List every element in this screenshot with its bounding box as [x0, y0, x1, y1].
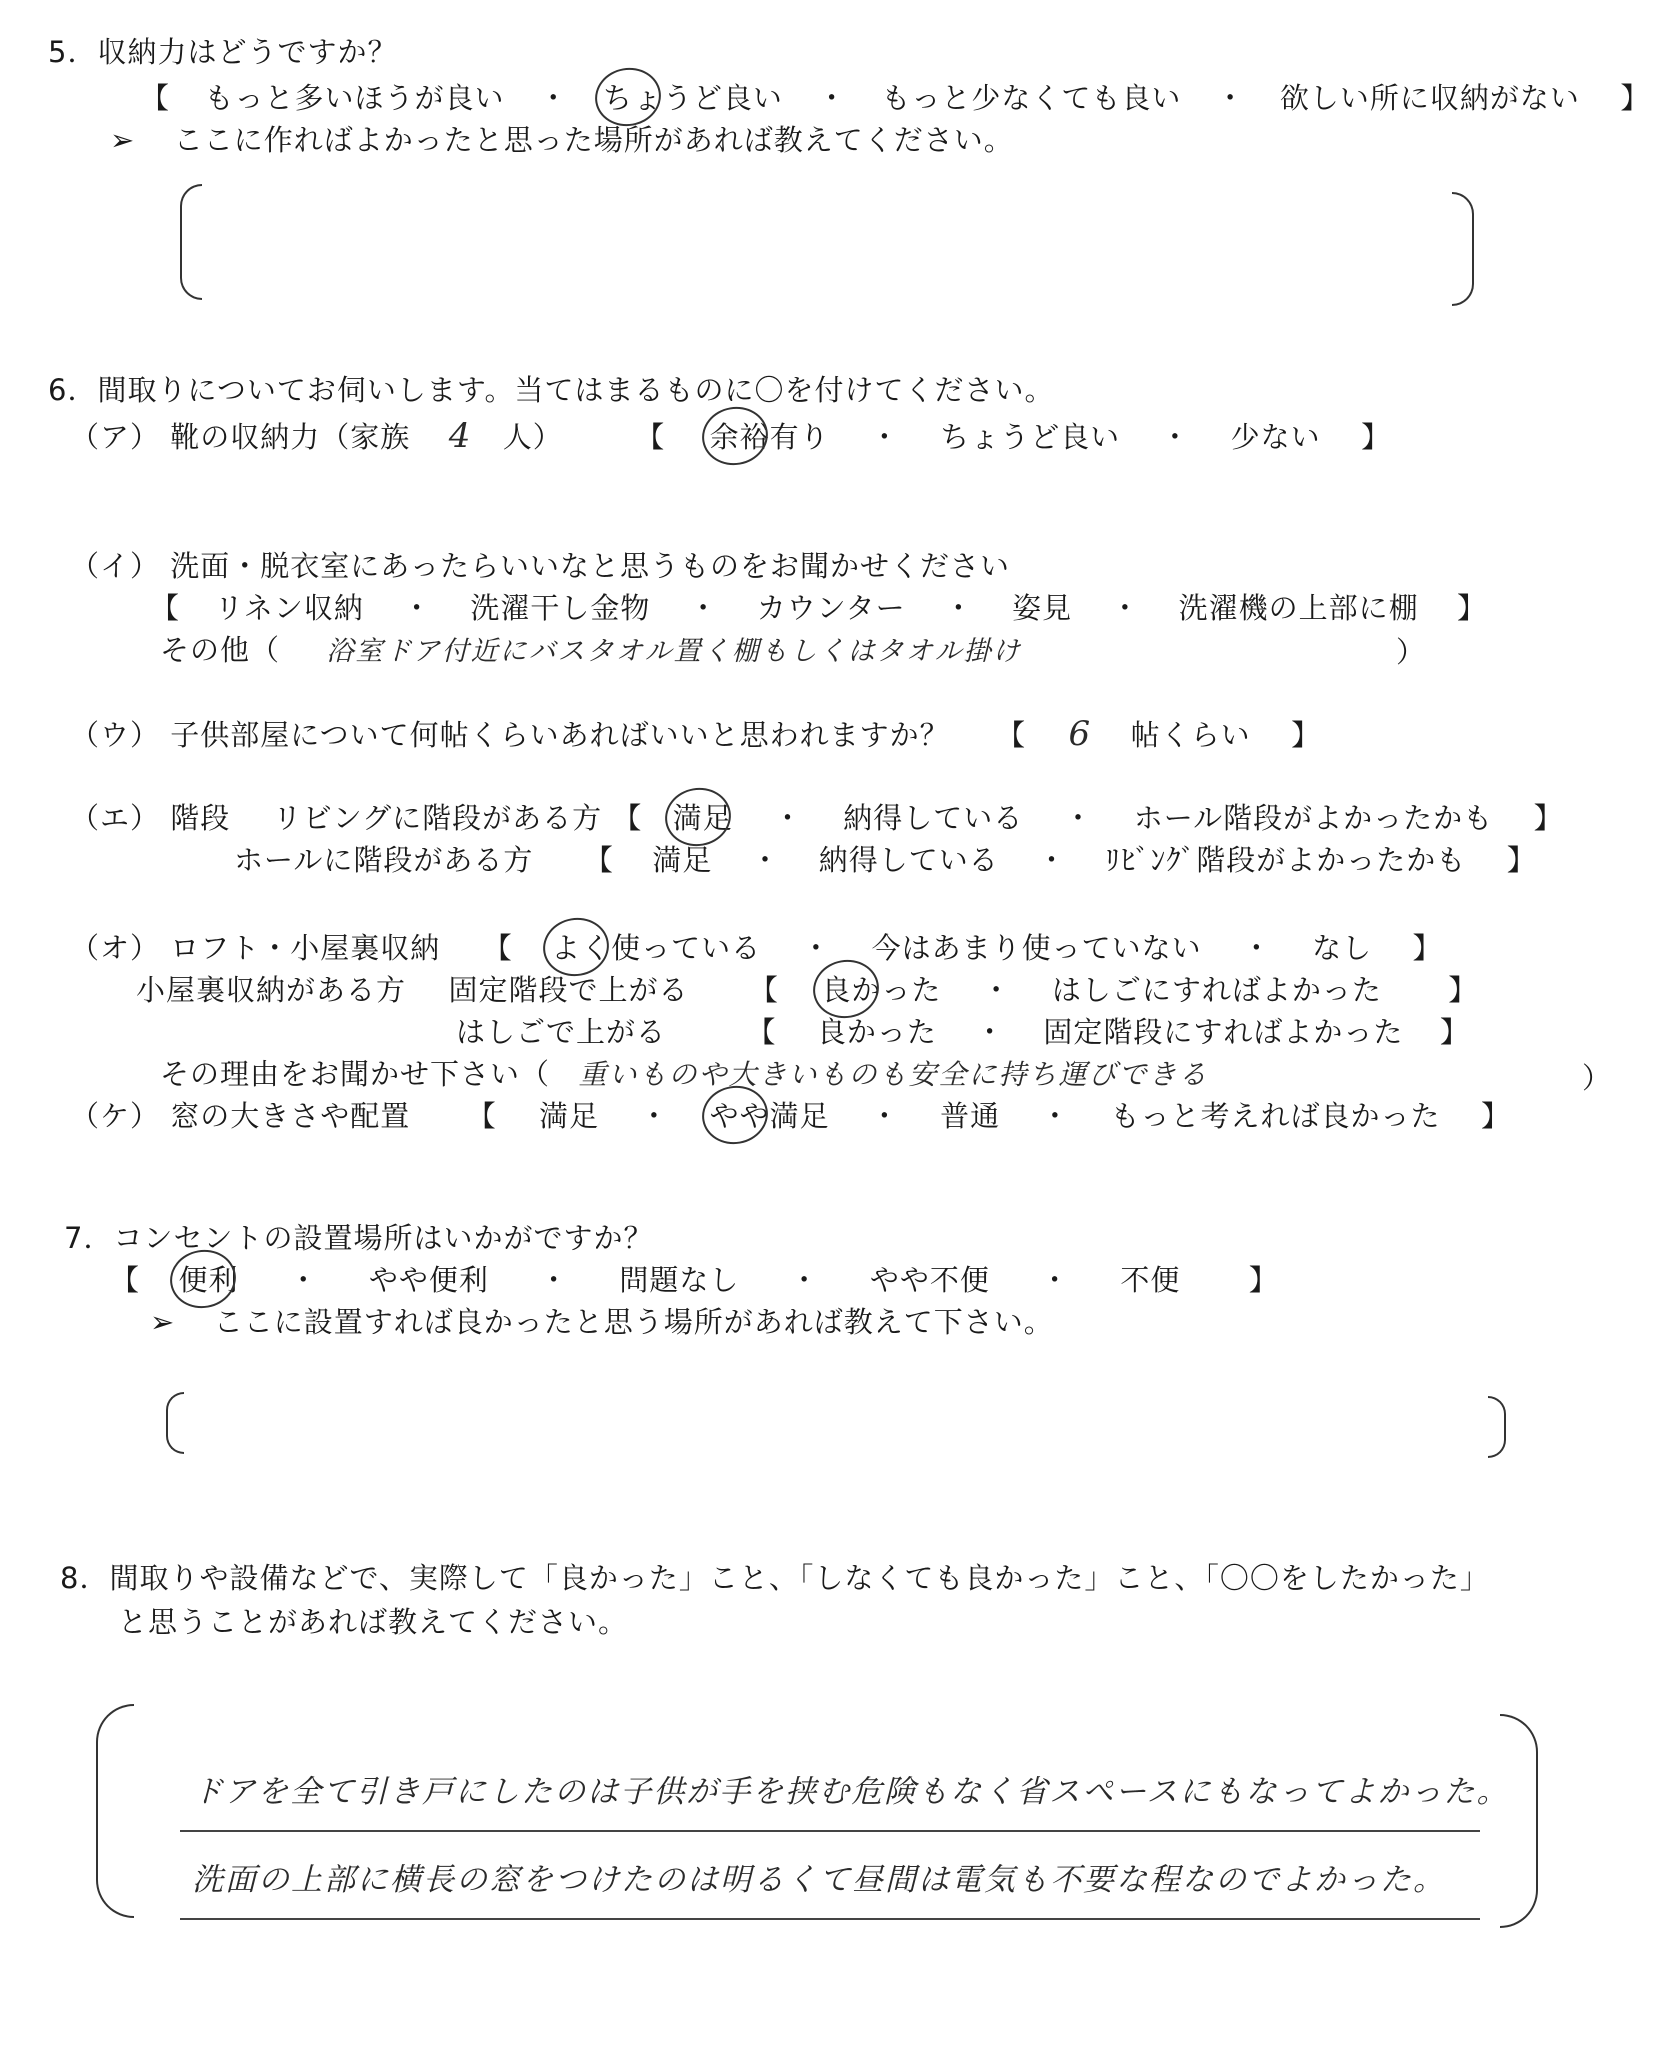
- q6-o-reason-close: ）: [1582, 1060, 1612, 1096]
- q6-o-option-3[interactable]: なし: [1312, 930, 1372, 966]
- q6-o-fixed-option-2[interactable]: はしごにすればよかった: [1052, 972, 1382, 1008]
- q8-answer-line-2[interactable]: 洗面の上部に横長の窓をつけたのは明るくて昼間は電気も不要な程なのでよかった。: [192, 1862, 1446, 1898]
- q5-option-4[interactable]: 欲しい所に収納がない: [1280, 80, 1580, 116]
- bracket-close: 】: [1457, 591, 1487, 625]
- answer-bracket-right: [1488, 1396, 1506, 1458]
- bracket-open: 【: [612, 801, 642, 835]
- q6-a-label: （ア）: [70, 420, 160, 454]
- q6-i-option-2[interactable]: 洗濯干し金物: [470, 590, 650, 626]
- q7-prompt: ➢ ここに設置すれば良かったと思う場所があれば教えて下さい。: [150, 1304, 1054, 1340]
- q6-e-row2-label: ホールに階段がある方: [234, 843, 533, 877]
- separator: ・: [944, 591, 974, 625]
- separator: ・: [1037, 843, 1067, 877]
- bracket-open: 【: [110, 1263, 140, 1297]
- q6-e-row2: ホールに階段がある方 【 満足 ・ 納得している ・ ﾘﾋﾞﾝｸﾞ階段がよかった…: [234, 842, 1537, 878]
- q8-title-line2: と思うことがあれば教えてください。: [118, 1604, 628, 1640]
- q6-o-option-1-selected[interactable]: よく使っている: [551, 930, 761, 966]
- q5-option-3[interactable]: もっと少なくても良い: [881, 80, 1181, 116]
- q6-i-row: （イ） 洗面・脱衣室にあったらいいなと思うものをお聞かせください: [70, 548, 1010, 584]
- separator: ・: [1216, 81, 1246, 115]
- q6-e-topic: 階段: [170, 801, 230, 835]
- separator: ・: [402, 591, 432, 625]
- q6-e-row2-option-3[interactable]: ﾘﾋﾞﾝｸﾞ階段がよかったかも: [1105, 842, 1466, 878]
- q6-ke-question: 窓の大きさや配置: [170, 1099, 410, 1133]
- q6-i-label: （イ）: [70, 549, 160, 583]
- q8-answer-line-1[interactable]: ドアを全て引き戸にしたのは子供が手を挟む危険もなく省スペースにもなってよかった。: [192, 1774, 1510, 1810]
- q7-title: 7．コンセントの設置場所はいかがですか？: [64, 1220, 653, 1256]
- separator: ・: [790, 1263, 820, 1297]
- answer-bracket-right: [1500, 1714, 1538, 1928]
- q7-options: 【 便利 ・ やや便利 ・ 問題なし ・ やや不便 ・ 不便 】: [110, 1262, 1279, 1298]
- bracket-close: 】: [1481, 1099, 1511, 1133]
- q7-option-1-selected[interactable]: 便利: [178, 1262, 238, 1298]
- q6-e-row1-option-2[interactable]: 納得している: [843, 800, 1023, 836]
- answer-bracket-left: [180, 184, 202, 300]
- q6-u-label: （ウ）: [70, 718, 160, 752]
- separator: ・: [801, 931, 831, 965]
- q8-title-line1: 8．間取りや設備などで、実際して「良かった」こと、「しなくても良かった」こと、「…: [60, 1560, 1490, 1596]
- q7-option-3[interactable]: 問題なし: [619, 1262, 739, 1298]
- q6-i-other-answer[interactable]: 浴室ドア付近にバスタオル置く棚もしくはタオル掛け: [326, 636, 1021, 667]
- q6-a-option-2[interactable]: ちょうど良い: [940, 419, 1120, 455]
- q7-option-4[interactable]: やや不便: [870, 1262, 990, 1298]
- q6-i-question: 洗面・脱衣室にあったらいいなと思うものをお聞かせください: [170, 549, 1010, 583]
- q6-o-fixed-label: 固定階段で上がる: [448, 973, 688, 1007]
- answer-bracket-left: [96, 1704, 134, 1918]
- bracket-open: 【: [746, 1015, 776, 1049]
- q6-e-row1: （エ） 階段 リビングに階段がある方 【 満足 ・ 納得している ・ ホール階段…: [70, 800, 1564, 836]
- q7-prompt-text: ここに設置すれば良かったと思う場所があれば教えて下さい。: [214, 1305, 1054, 1339]
- q6-a-option-3[interactable]: 少ない: [1231, 419, 1321, 455]
- separator: ・: [1040, 1099, 1070, 1133]
- q6-i-option-4[interactable]: 姿見: [1012, 590, 1072, 626]
- bracket-close: 】: [1413, 931, 1443, 965]
- separator: ・: [289, 1263, 319, 1297]
- q6-a-option-1-selected[interactable]: 余裕有り: [710, 419, 830, 455]
- separator: ・: [539, 81, 569, 115]
- q6-o-label: （オ）: [70, 931, 160, 965]
- q6-o-question: ロフト・小屋裏収納: [170, 931, 440, 965]
- separator: ・: [1242, 931, 1272, 965]
- q5-title: 5．収納力はどうですか？: [48, 34, 397, 70]
- bracket-open: 【: [467, 1099, 497, 1133]
- answer-bracket-right: [1452, 192, 1474, 306]
- q6-u-question: 子供部屋について何帖くらいあればいいと思われますか？: [170, 718, 949, 752]
- arrow-icon: ➢: [110, 123, 135, 157]
- q6-ke-option-1[interactable]: 満足: [539, 1098, 599, 1134]
- q6-o-option-2[interactable]: 今はあまり使っていない: [872, 930, 1202, 966]
- q6-o-ladder-option-1[interactable]: 良かった: [817, 1014, 937, 1050]
- separator: ・: [1063, 801, 1093, 835]
- bracket-close: 】: [1361, 420, 1391, 454]
- separator: ・: [751, 843, 781, 877]
- separator: ・: [817, 81, 847, 115]
- q6-ke-option-2-selected[interactable]: やや満足: [710, 1098, 830, 1134]
- answer-bracket-left: [166, 1392, 184, 1454]
- bracket-open: 【: [749, 973, 779, 1007]
- q6-o-sub-label: 小屋裏収納がある方: [136, 973, 406, 1007]
- q6-i-other-label: その他（: [160, 633, 280, 667]
- bracket-close: 】: [1534, 801, 1564, 835]
- separator: ・: [1040, 1263, 1070, 1297]
- q6-e-label: （エ）: [70, 801, 160, 835]
- q6-o-reason-label: その理由をお聞かせ下さい（: [160, 1057, 550, 1091]
- bracket-close: 】: [1291, 718, 1321, 752]
- q6-i-option-5[interactable]: 洗濯機の上部に棚: [1179, 590, 1419, 626]
- q6-a-suffix: 人）: [503, 420, 563, 454]
- bracket-close: 】: [1249, 1263, 1279, 1297]
- separator: ・: [975, 1015, 1005, 1049]
- q6-o-reason-answer[interactable]: 重いものや大きいものも安全に持ち運びできる: [578, 1058, 1208, 1091]
- q6-o-row: （オ） ロフト・小屋裏収納 【 よく使っている ・ 今はあまり使っていない ・ …: [70, 930, 1443, 966]
- q6-title: 6．間取りについてお伺いします。当てはまるものに〇を付けてください。: [48, 372, 1055, 408]
- separator: ・: [639, 1099, 669, 1133]
- q6-u-row: （ウ） 子供部屋について何帖くらいあればいいと思われますか？ 【 6 帖くらい …: [70, 716, 1321, 753]
- q6-ke-option-3[interactable]: 普通: [940, 1098, 1000, 1134]
- bracket-close: 】: [1507, 843, 1537, 877]
- q5-options: 【 もっと多いほうが良い ・ ちょうど良い ・ もっと少なくても良い ・ 欲しい…: [140, 80, 1650, 116]
- separator: ・: [539, 1263, 569, 1297]
- separator: ・: [689, 591, 719, 625]
- bracket-open: 【: [150, 591, 180, 625]
- bracket-close: 】: [1620, 81, 1650, 115]
- q6-o-fixed-option-1-selected[interactable]: 良かった: [821, 972, 941, 1008]
- q6-i-options: 【 リネン収納 ・ 洗濯干し金物 ・ カウンター ・ 姿見 ・ 洗濯機の上部に棚…: [150, 590, 1487, 626]
- bracket-open: 【: [635, 420, 665, 454]
- q5-option-2-selected[interactable]: ちょうど良い: [603, 80, 783, 116]
- q6-i-other-close: ）: [1396, 634, 1426, 670]
- q6-i-other-row: その他（ 浴室ドア付近にバスタオル置く棚もしくはタオル掛け: [160, 632, 1022, 670]
- q5-option-1[interactable]: もっと多いほうが良い: [204, 80, 504, 116]
- separator: ・: [1160, 420, 1190, 454]
- q6-a-question: 靴の収納力（家族: [170, 420, 410, 454]
- q5-prompt-text: ここに作ればよかったと思った場所があれば教えてください。: [174, 123, 1014, 157]
- q6-e-row1-label: リビングに階段がある方: [273, 801, 602, 835]
- q5-prompt: ➢ ここに作ればよかったと思った場所があれば教えてください。: [110, 122, 1014, 158]
- separator: ・: [773, 801, 803, 835]
- bracket-open: 【: [483, 931, 513, 965]
- q6-o-reason-row: その理由をお聞かせ下さい（ 重いものや大きいものも安全に持ち運びできる: [160, 1056, 1208, 1093]
- q5-selected-circle: ちょうど良い: [603, 80, 783, 116]
- answer-underline: [180, 1918, 1480, 1920]
- q6-ke-option-4[interactable]: もっと考えれば良かった: [1111, 1098, 1441, 1134]
- q7-option-2[interactable]: やや便利: [369, 1262, 489, 1298]
- separator: ・: [870, 1099, 900, 1133]
- q6-e-row2-option-2[interactable]: 納得している: [819, 842, 999, 878]
- q6-o-ladder-option-2[interactable]: 固定階段にすればよかった: [1043, 1014, 1403, 1050]
- bracket-close: 】: [1448, 973, 1478, 1007]
- family-count-input[interactable]: 4: [449, 416, 473, 456]
- bracket-open: 【: [584, 843, 614, 877]
- bracket-open: 【: [996, 718, 1026, 752]
- q6-e-row1-option-1-selected[interactable]: 満足: [673, 800, 733, 836]
- room-size-input[interactable]: 6: [1069, 714, 1093, 754]
- q6-i-option-3[interactable]: カウンター: [757, 590, 906, 626]
- separator: ・: [1110, 591, 1140, 625]
- q6-o-fixed-row: 小屋裏収納がある方 固定階段で上がる 【 良かった ・ はしごにすればよかった …: [136, 972, 1478, 1008]
- bracket-close: 】: [1440, 1015, 1470, 1049]
- q6-u-suffix: 帖くらい: [1131, 718, 1251, 752]
- separator: ・: [982, 973, 1012, 1007]
- q7-option-5[interactable]: 不便: [1120, 1262, 1180, 1298]
- q6-ke-label: （ケ）: [70, 1099, 160, 1133]
- q6-o-ladder-label: はしごで上がる: [456, 1015, 666, 1049]
- q6-e-row1-option-3[interactable]: ホール階段がよかったかも: [1134, 800, 1493, 836]
- q6-a-row: （ア） 靴の収納力（家族 4 人） 【 余裕有り ・ ちょうど良い ・ 少ない …: [70, 418, 1391, 455]
- bracket-open: 【: [140, 81, 170, 115]
- separator: ・: [870, 420, 900, 454]
- arrow-icon: ➢: [150, 1305, 175, 1339]
- answer-underline: [180, 1830, 1480, 1832]
- q6-o-ladder-row: はしごで上がる 【 良かった ・ 固定階段にすればよかった 】: [456, 1014, 1470, 1050]
- q6-ke-row: （ケ） 窓の大きさや配置 【 満足 ・ やや満足 ・ 普通 ・ もっと考えれば良…: [70, 1098, 1511, 1134]
- q6-i-option-1[interactable]: リネン収納: [214, 590, 363, 626]
- q6-e-row2-option-1[interactable]: 満足: [652, 842, 712, 878]
